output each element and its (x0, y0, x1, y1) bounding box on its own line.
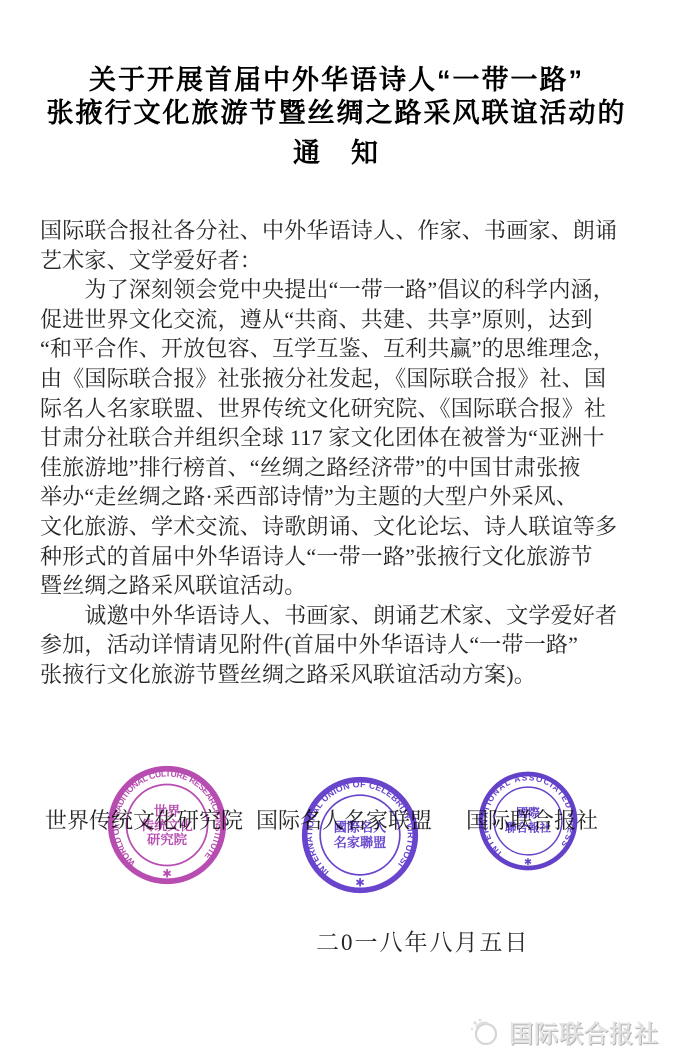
svg-text:传统文化: 传统文化 (140, 818, 193, 833)
body-line: 由《国际联合报》社张掖分社发起，《国际联合报》社、国 (40, 364, 644, 394)
body-line: 甘肃分社联合并组织全球 117 家文化团体在被誉为“亚洲十 (40, 423, 644, 453)
body-line: 艺术家、文学爱好者： (40, 246, 644, 276)
body-line: 际名人名家联盟、世界传统文化研究院、《国际联合报》社 (40, 394, 644, 424)
svg-text:名家聯盟: 名家聯盟 (334, 834, 386, 850)
doc-body: 国际联合报社各分社、中外华语诗人、作家、书画家、朗诵 艺术家、文学爱好者： 为了… (40, 216, 644, 690)
doc-title-line-3: 通 知 (0, 137, 673, 170)
body-line: 种形式的首届中外华语诗人“一带一路”张掖行文化旅游节 (40, 542, 644, 572)
body-line: 暨丝绸之路采风联谊活动。 (40, 571, 644, 601)
svg-text:國際名人: 國際名人 (334, 818, 386, 834)
notice-document: 关于开展首届中外华语诗人“一带一路” 张掖行文化旅游节暨丝绸之路采风联谊活动的 … (0, 0, 673, 1058)
svg-text:研究院: 研究院 (147, 831, 188, 847)
svg-text:✱: ✱ (355, 878, 364, 890)
body-line: 文化旅游、学术交流、诗歌朗诵、文化论坛、诗人联谊等多 (40, 512, 644, 542)
doc-title-line-1: 关于开展首届中外华语诗人“一带一路” (0, 64, 673, 97)
watermark-text: 国际联合报社 (509, 1014, 659, 1049)
body-line: 诚邀中外华语诗人、书画家、朗诵艺术家、文学爱好者 (40, 601, 644, 631)
doc-title-line-2: 张掖行文化旅游节暨丝绸之路采风联谊活动的 (0, 97, 673, 130)
body-line: “和平合作、开放包容、互学互鉴、互利共赢”的思维理念， (40, 334, 644, 364)
seal-international-union-celebrity-icon: INTERNATIONAL UNION OF CELEBRITY VIRTUOS… (300, 775, 420, 895)
body-line: 举办“走丝绸之路·采西部诗情”为主题的大型户外采风、 (40, 482, 644, 512)
svg-text:✱: ✱ (524, 857, 532, 868)
body-line: 国际联合报社各分社、中外华语诗人、作家、书画家、朗诵 (40, 216, 644, 246)
svg-text:✱: ✱ (162, 868, 172, 880)
doc-title: 关于开展首届中外华语诗人“一带一路” 张掖行文化旅游节暨丝绸之路采风联谊活动的 … (0, 64, 673, 170)
body-line: 佳旅游地”排行榜首、“丝绸之路经济带”的中国甘肃张掖 (40, 453, 644, 483)
body-line: 为了深刻领会党中央提出“一带一路”倡议的科学内涵， (40, 275, 644, 305)
body-line: 张掖行文化旅游节暨丝绸之路采风联谊活动方案)。 (40, 660, 644, 690)
press-logo-icon (468, 1015, 502, 1049)
svg-text:聯合報社: 聯合報社 (505, 820, 552, 834)
svg-text:國際: 國際 (516, 805, 540, 820)
date-line: 二0一八年八月五日 (316, 924, 530, 957)
svg-text:世界: 世界 (154, 803, 181, 818)
publisher-watermark: 国际联合报社 (468, 1014, 659, 1049)
body-line: 促进世界文化交流，遵从“共商、共建、共享”原则，达到 (40, 305, 644, 335)
seal-world-traditional-culture-icon: WORLD OF TRADITIONAL CULTURE RESEARCH IN… (106, 764, 228, 886)
body-line: 参加，活动详情请见附件(首届中外华语诗人“一带一路” (40, 630, 644, 660)
seal-international-associated-press-icon: INTERNATIONAL ASSOCIATED PRESS 國際 聯合報社 ✱ (477, 770, 579, 872)
